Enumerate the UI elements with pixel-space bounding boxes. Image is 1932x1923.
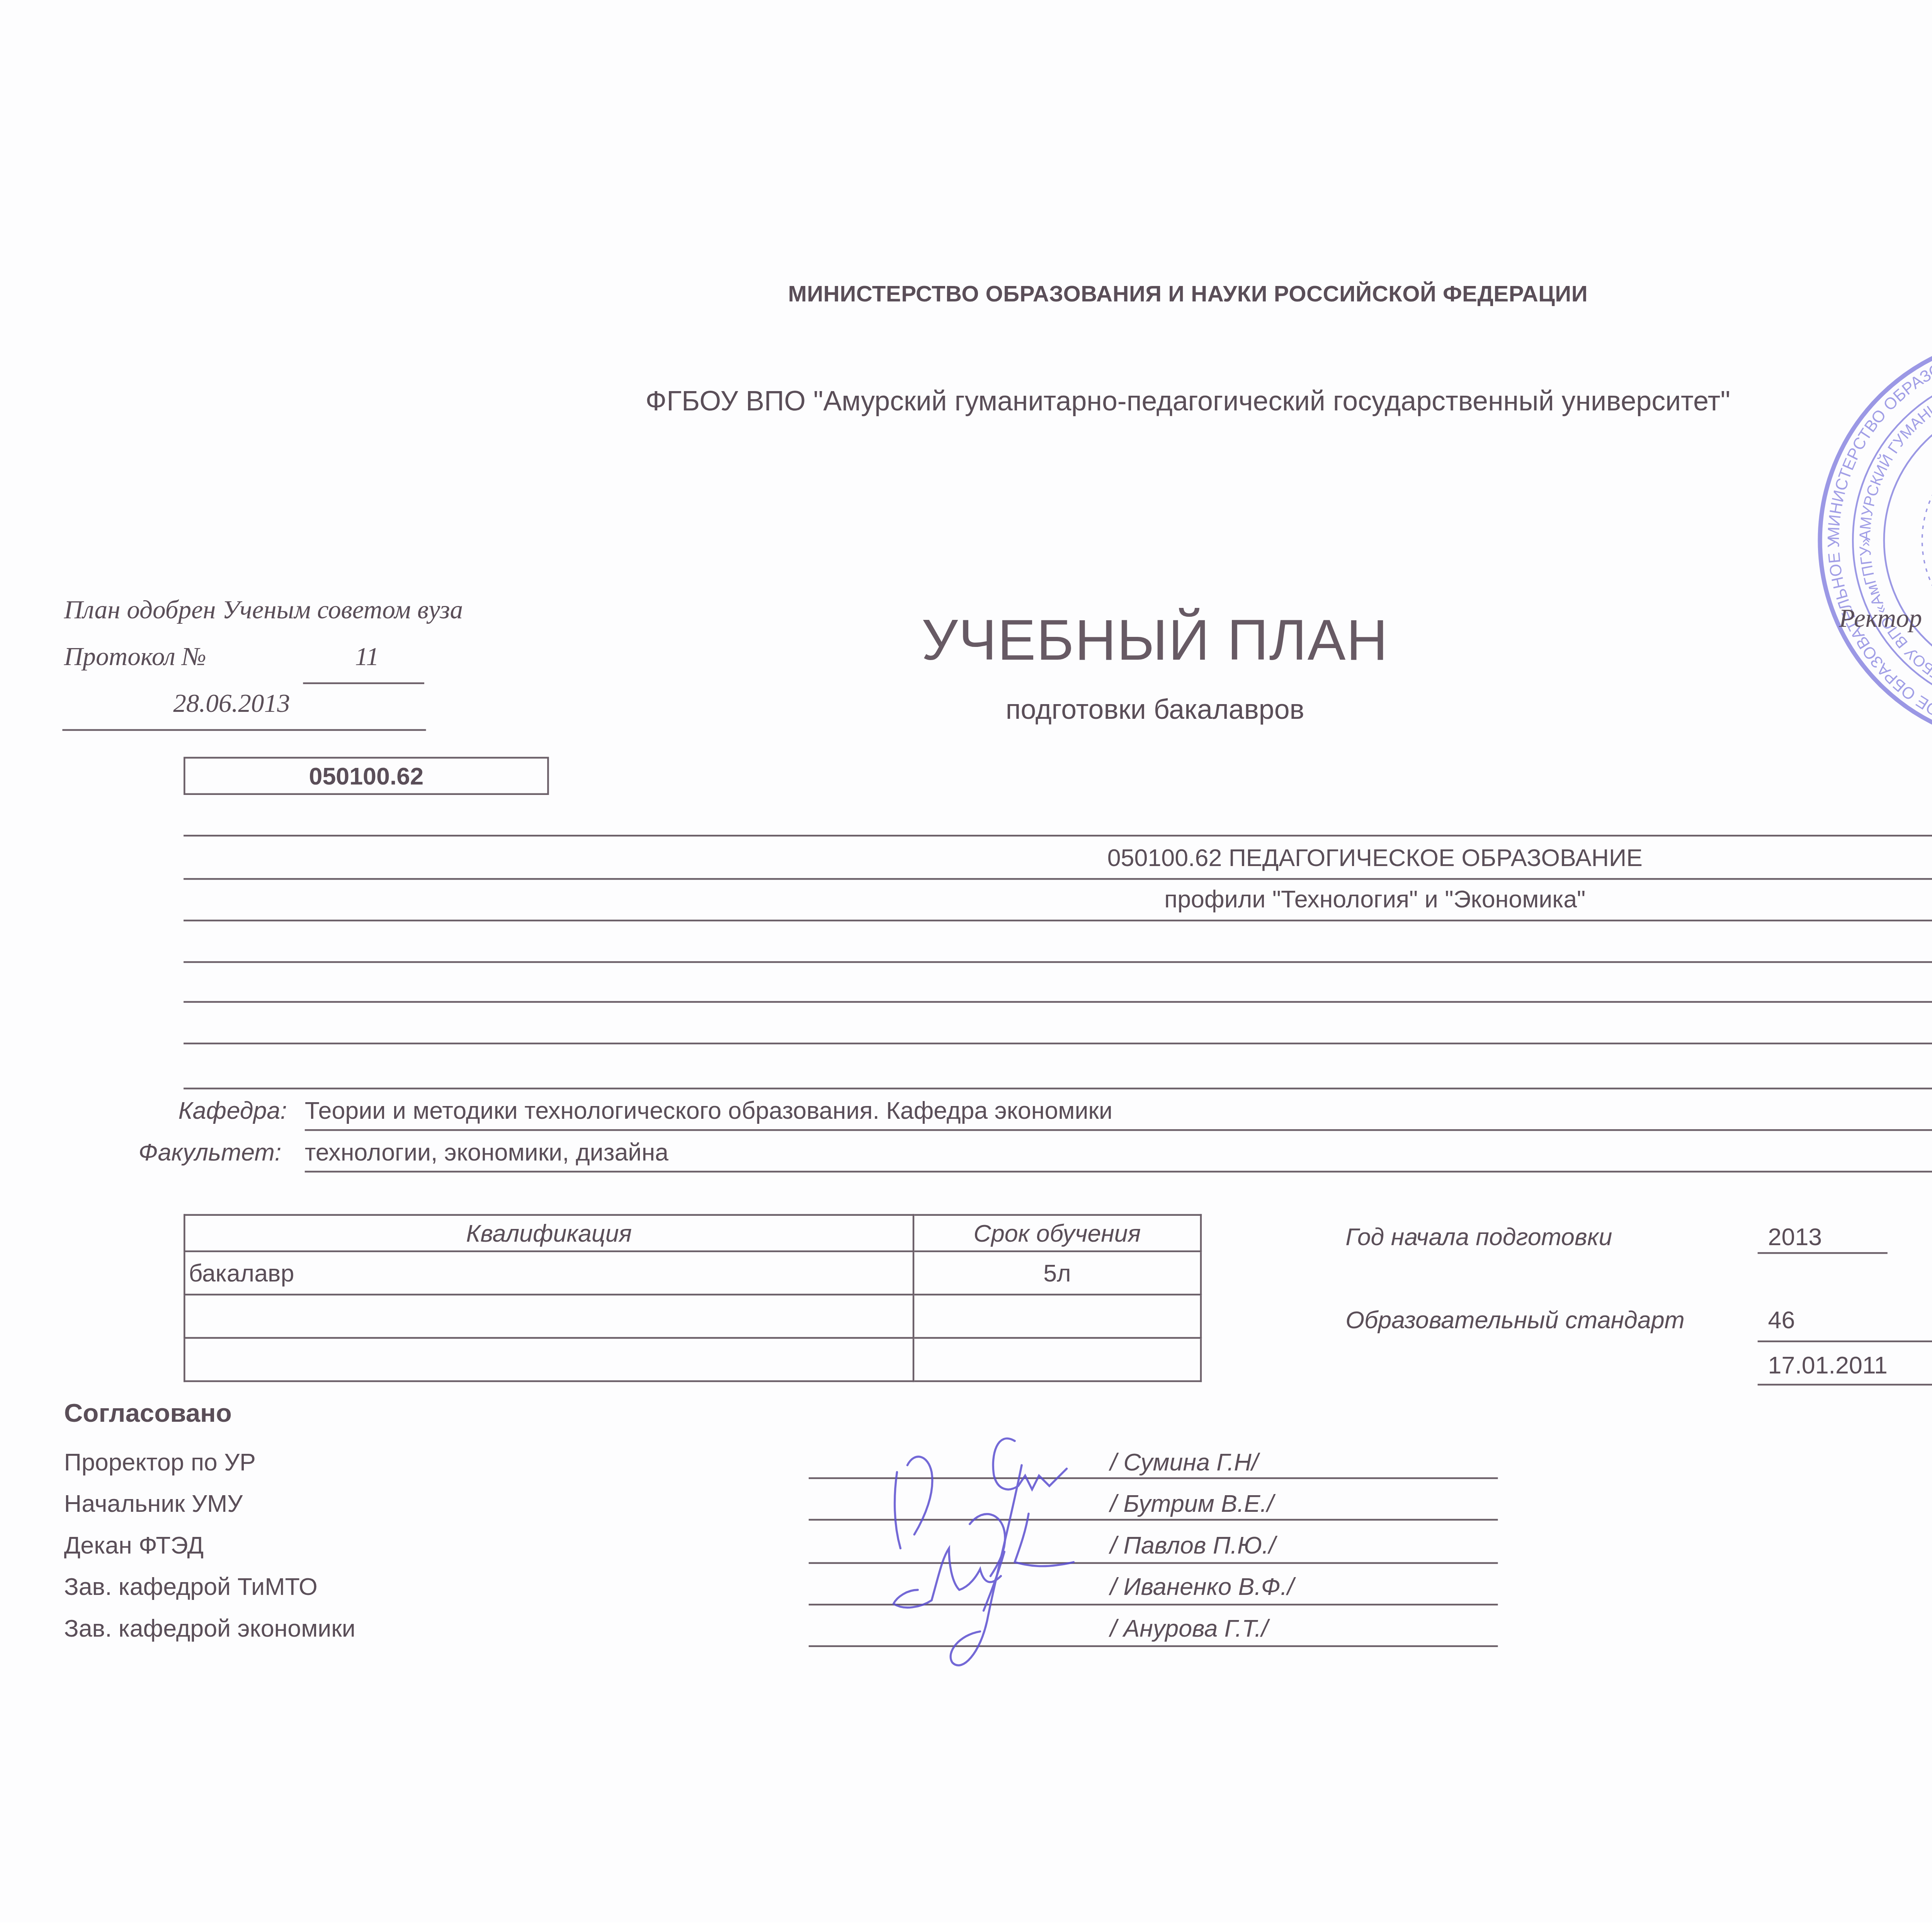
form-rule bbox=[184, 835, 1932, 836]
standard-date-underline bbox=[1758, 1384, 1932, 1385]
standard-underline bbox=[1758, 1341, 1932, 1342]
ministry-heading: МИНИСТЕРСТВО ОБРАЗОВАНИЯ И НАУКИ РОССИЙС… bbox=[0, 281, 1932, 306]
start-year-label: Год начала подготовки bbox=[1345, 1223, 1612, 1251]
direction-of-study: 050100.62 ПЕДАГОГИЧЕСКОЕ ОБРАЗОВАНИЕ bbox=[0, 843, 1932, 871]
duration-cell bbox=[913, 1338, 1201, 1381]
standard-date: 17.01.2011 bbox=[1768, 1351, 1888, 1379]
signatory-role: Зав. кафедрой экономики bbox=[64, 1614, 355, 1642]
table-row bbox=[184, 1295, 1201, 1338]
rector-label: Ректор bbox=[1839, 606, 1922, 636]
form-rule bbox=[184, 878, 1932, 880]
form-rule bbox=[184, 961, 1932, 963]
program-code-box: 050100.62 bbox=[184, 757, 549, 795]
department-underline bbox=[305, 1129, 1932, 1131]
start-year-underline bbox=[1758, 1252, 1888, 1254]
qualification-cell: бакалавр bbox=[184, 1251, 913, 1295]
agreed-heading: Согласовано bbox=[64, 1399, 232, 1429]
qualification-cell bbox=[184, 1295, 913, 1338]
document-title: УЧЕБНЫЙ ПЛАН bbox=[0, 608, 1932, 674]
university-name: ФГБОУ ВПО "Амурский гуманитарно-педагоги… bbox=[0, 388, 1932, 419]
form-rule bbox=[184, 1001, 1932, 1002]
duration-cell: 5л bbox=[913, 1251, 1201, 1295]
signatory-role: Начальник УМУ bbox=[64, 1489, 243, 1517]
standard-label: Образовательный стандарт bbox=[1345, 1306, 1685, 1334]
duration-cell bbox=[913, 1295, 1201, 1338]
start-year-value: 2013 bbox=[1768, 1223, 1822, 1251]
table-row: бакалавр 5л bbox=[184, 1251, 1201, 1295]
qualification-table: Квалификация Срок обучения бакалавр 5л bbox=[184, 1214, 1202, 1382]
table-row bbox=[184, 1338, 1201, 1381]
agreement-signatures bbox=[849, 1420, 1160, 1680]
faculty-underline bbox=[305, 1171, 1932, 1172]
rector-signature bbox=[1922, 450, 1932, 693]
form-rule bbox=[184, 1087, 1932, 1089]
standard-number: 46 bbox=[1768, 1306, 1795, 1334]
department-value: Теории и методики технологического образ… bbox=[305, 1096, 1112, 1124]
department-label: Кафедра: bbox=[179, 1096, 287, 1124]
column-header-qualification: Квалификация bbox=[184, 1215, 913, 1251]
signatory-role: Декан ФТЭД bbox=[64, 1531, 204, 1559]
form-rule bbox=[184, 1043, 1932, 1044]
official-seal-stamp: МИНИСТЕРСТВО ОБРАЗОВАНИЯ И НАУКИ РОССИЙС… bbox=[1815, 329, 1932, 751]
signatory-role: Проректор по УР bbox=[64, 1448, 256, 1476]
column-header-duration: Срок обучения bbox=[913, 1215, 1201, 1251]
curriculum-document: МИНИСТЕРСТВО ОБРАЗОВАНИЯ И НАУКИ РОССИЙС… bbox=[0, 0, 1932, 1922]
faculty-value: технологии, экономики, дизайна bbox=[305, 1138, 668, 1166]
protocol-number-underline bbox=[303, 682, 424, 684]
form-rule bbox=[184, 920, 1932, 921]
document-subtitle: подготовки бакалавров bbox=[0, 696, 1932, 728]
faculty-label: Факультет: bbox=[139, 1138, 282, 1166]
qualification-cell bbox=[184, 1338, 913, 1381]
study-profiles: профили "Технология" и "Экономика" bbox=[0, 885, 1932, 913]
table-header-row: Квалификация Срок обучения bbox=[184, 1215, 1201, 1251]
protocol-date-underline bbox=[62, 729, 426, 731]
signatory-role: Зав. кафедрой ТиМТО bbox=[64, 1572, 318, 1600]
